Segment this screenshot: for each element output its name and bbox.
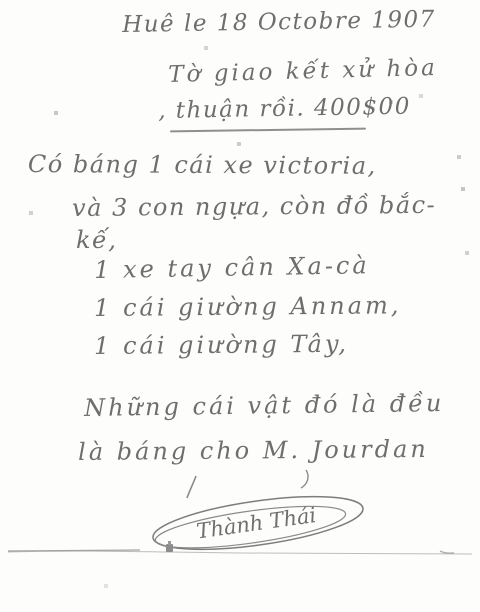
body-line-1: Có báng 1 cái xe victoria, xyxy=(28,152,377,178)
scan-edge-line-dark xyxy=(8,550,140,551)
hand-drawn-divider xyxy=(170,128,366,133)
header-line-1: Tờ giao kết xử hòa xyxy=(168,57,438,87)
scan-edge-line xyxy=(8,551,472,554)
paper-speckles xyxy=(0,0,2,2)
stray-stroke-left xyxy=(187,476,196,498)
dateline: Huê le 18 Octobre 1907 xyxy=(122,9,436,37)
body-line-8: là báng cho M. Jourdan xyxy=(78,437,429,464)
body-line-7: Những cái vật đó là đều xyxy=(84,391,445,420)
body-line-6: 1 cái giường Tây, xyxy=(94,332,349,358)
scan-edge-smudge xyxy=(440,551,454,553)
body-line-3: kế, xyxy=(76,228,117,252)
ink-blot-mark xyxy=(166,544,173,552)
header-line-2: , thuận rồi. 400$00 xyxy=(158,96,411,123)
body-line-2: và 3 con ngựa, còn đồ bắc- xyxy=(72,193,436,220)
letter-page: Huê le 18 Octobre 1907 Tờ giao kết xử hò… xyxy=(0,0,480,612)
body-line-5: 1 cái giường Annam, xyxy=(94,293,401,320)
body-line-4: 1 xe tay cân Xa-cà xyxy=(94,253,370,282)
ink-blot-mark-top xyxy=(168,541,171,545)
scan-edge xyxy=(0,540,480,562)
stray-stroke-right xyxy=(301,470,308,488)
